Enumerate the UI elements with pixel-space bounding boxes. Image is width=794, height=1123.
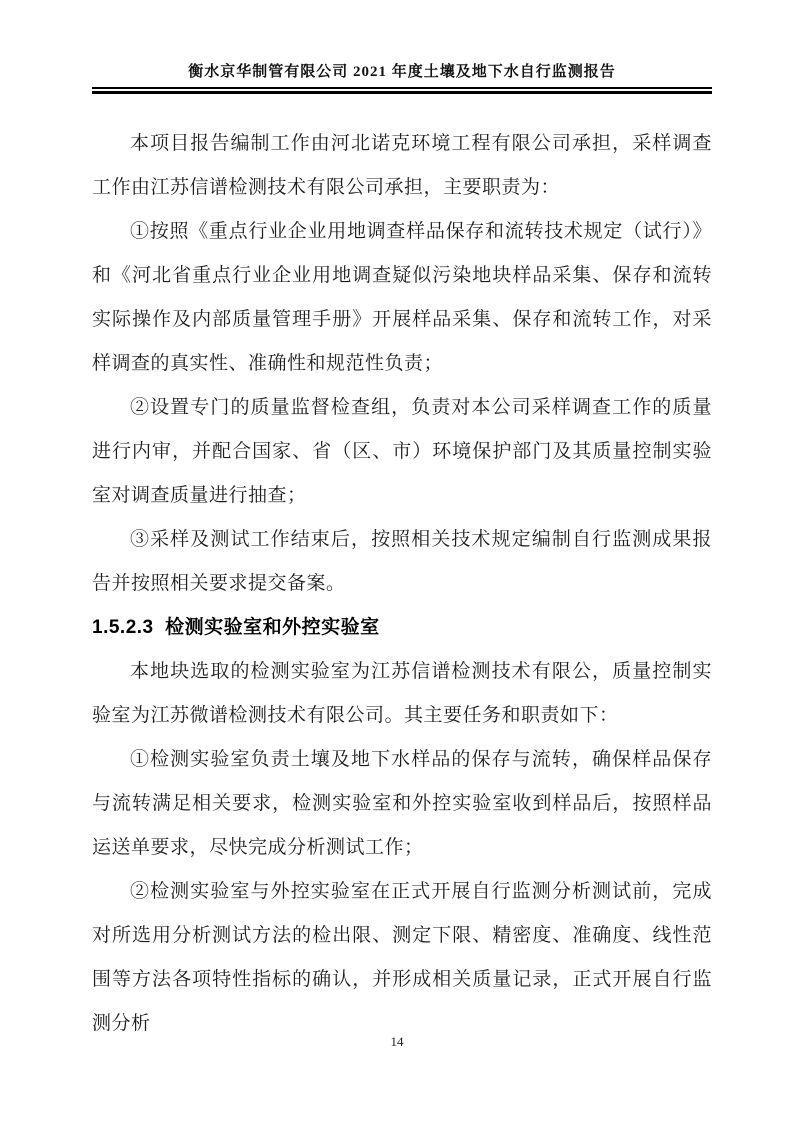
page-number: 14 <box>391 1034 404 1049</box>
document-page: 衡水京华制管有限公司 2021 年度土壤及地下水自行监测报告 本项目报告编制工作… <box>0 0 794 1123</box>
header-rule-divider <box>92 87 712 94</box>
section-heading: 1.5.2.3 检测实验室和外控实验室 <box>92 606 712 650</box>
page-header: 衡水京华制管有限公司 2021 年度土壤及地下水自行监测报告 <box>92 0 712 94</box>
body-paragraph-labs-intro: 本地块选取的检测实验室为江苏信谱检测技术有限公，质量控制实验室为江苏微谱检测技术… <box>92 650 712 738</box>
body-paragraph-item-1: ①按照《重点行业企业用地调查样品保存和流转技术规定（试行）》和《河北省重点行业企… <box>92 210 712 386</box>
body-paragraph-labs-item-2: ②检测实验室与外控实验室在正式开展自行监测分析测试前，完成对所选用分析测试方法的… <box>92 870 712 1046</box>
body-paragraph-labs-item-1: ①检测实验室负责土壤及地下水样品的保存与流转，确保样品保存与流转满足相关要求，检… <box>92 738 712 870</box>
page-content: 本项目报告编制工作由河北诺克环境工程有限公司承担，采样调查工作由江苏信谱检测技术… <box>92 122 712 1046</box>
body-paragraph-item-3: ③采样及测试工作结束后，按照相关技术规定编制自行监测成果报告并按照相关要求提交备… <box>92 518 712 606</box>
header-title: 衡水京华制管有限公司 2021 年度土壤及地下水自行监测报告 <box>92 0 712 81</box>
body-paragraph-item-2: ②设置专门的质量监督检查组，负责对本公司采样调查工作的质量进行内审，并配合国家、… <box>92 386 712 518</box>
body-paragraph-intro: 本项目报告编制工作由河北诺克环境工程有限公司承担，采样调查工作由江苏信谱检测技术… <box>92 122 712 210</box>
page-footer: 14 <box>0 1034 794 1050</box>
